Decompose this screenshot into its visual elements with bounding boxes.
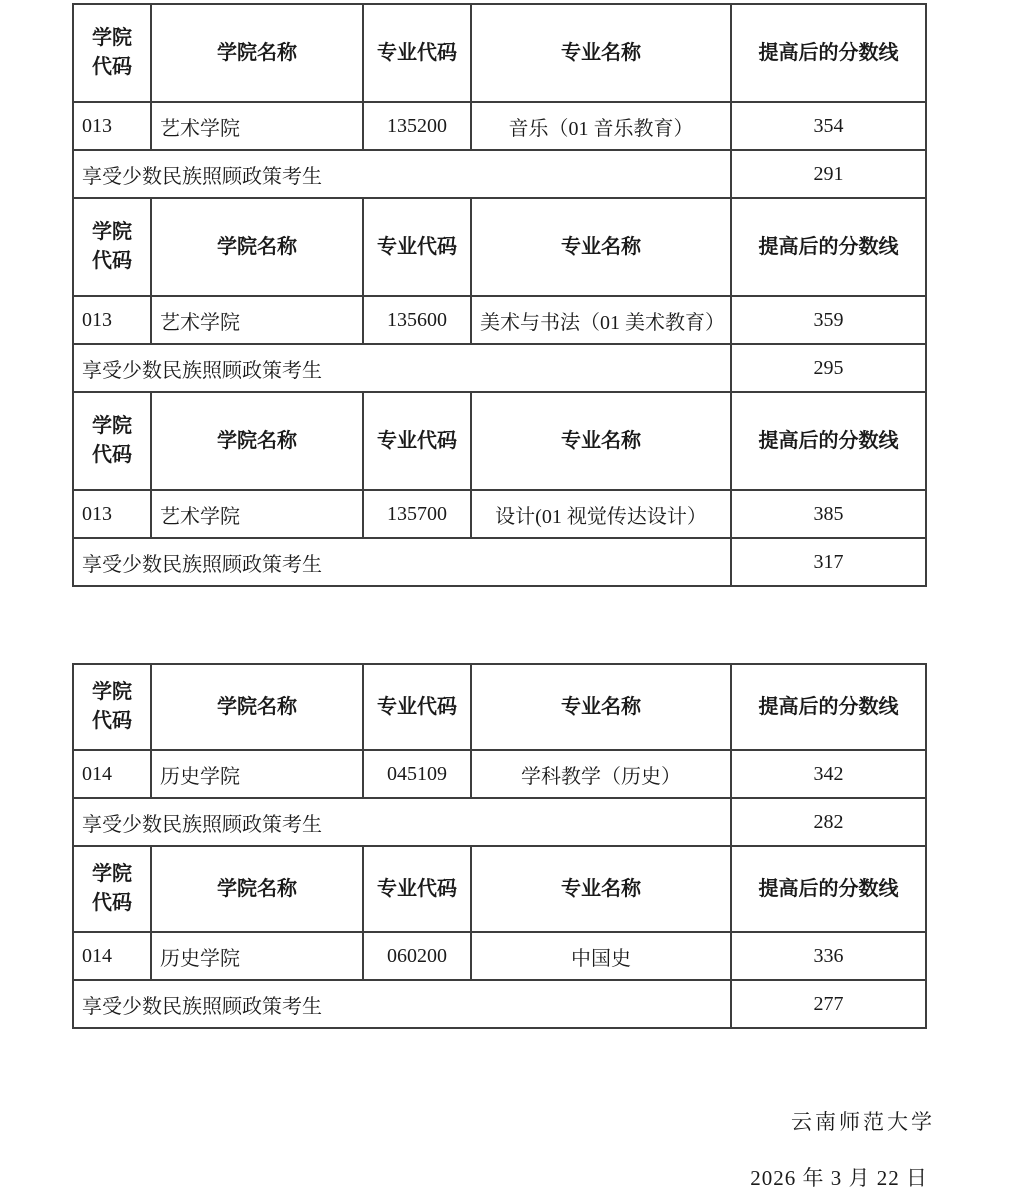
minority-policy-label: 享受少数民族照顾政策考生 bbox=[73, 980, 731, 1028]
cell-minority-score: 291 bbox=[731, 150, 926, 198]
cell-minority-score: 282 bbox=[731, 798, 926, 846]
header-college-name: 学院名称 bbox=[151, 4, 363, 102]
document-page: 学院代码 学院名称 专业代码 专业名称 提高后的分数线 013 艺术学院 135… bbox=[0, 0, 1024, 1193]
header-major-name: 专业名称 bbox=[471, 4, 731, 102]
header-college-name: 学院名称 bbox=[151, 392, 363, 490]
table-header-row: 学院代码 学院名称 专业代码 专业名称 提高后的分数线 bbox=[73, 846, 926, 932]
cell-score: 385 bbox=[731, 490, 926, 538]
cell-major-name: 设计(01 视觉传达设计） bbox=[471, 490, 731, 538]
header-college-name: 学院名称 bbox=[151, 664, 363, 750]
header-major-code: 专业代码 bbox=[363, 198, 471, 296]
header-major-name: 专业名称 bbox=[471, 198, 731, 296]
minority-policy-row: 享受少数民族照顾政策考生 317 bbox=[73, 538, 926, 586]
score-table-history: 学院代码 学院名称 专业代码 专业名称 提高后的分数线 014 历史学院 045… bbox=[72, 663, 927, 1029]
major-row: 013 艺术学院 135700 设计(01 视觉传达设计） 385 bbox=[73, 490, 926, 538]
header-major-name: 专业名称 bbox=[471, 846, 731, 932]
cell-minority-score: 317 bbox=[731, 538, 926, 586]
cell-college-code: 014 bbox=[73, 932, 151, 980]
cell-major-code: 135200 bbox=[363, 102, 471, 150]
header-major-code: 专业代码 bbox=[363, 4, 471, 102]
minority-policy-label: 享受少数民族照顾政策考生 bbox=[73, 538, 731, 586]
header-major-code: 专业代码 bbox=[363, 664, 471, 750]
cell-score: 342 bbox=[731, 750, 926, 798]
footer-date: 2026 年 3 月 22 日 bbox=[750, 1162, 928, 1192]
cell-major-code: 045109 bbox=[363, 750, 471, 798]
cell-college-code: 013 bbox=[73, 296, 151, 344]
cell-major-name: 音乐（01 音乐教育） bbox=[471, 102, 731, 150]
table-header-row: 学院代码 学院名称 专业代码 专业名称 提高后的分数线 bbox=[73, 664, 926, 750]
cell-score: 354 bbox=[731, 102, 926, 150]
header-college-code: 学院代码 bbox=[73, 4, 151, 102]
cell-college-code: 013 bbox=[73, 490, 151, 538]
header-college-code: 学院代码 bbox=[73, 846, 151, 932]
cell-college-name: 历史学院 bbox=[151, 932, 363, 980]
header-college-code: 学院代码 bbox=[73, 664, 151, 750]
header-major-code: 专业代码 bbox=[363, 392, 471, 490]
cell-major-name: 学科教学（历史） bbox=[471, 750, 731, 798]
header-major-name: 专业名称 bbox=[471, 664, 731, 750]
major-row: 013 艺术学院 135200 音乐（01 音乐教育） 354 bbox=[73, 102, 926, 150]
cell-major-code: 135600 bbox=[363, 296, 471, 344]
cell-college-name: 艺术学院 bbox=[151, 490, 363, 538]
header-college-code: 学院代码 bbox=[73, 392, 151, 490]
minority-policy-label: 享受少数民族照顾政策考生 bbox=[73, 798, 731, 846]
cell-score: 359 bbox=[731, 296, 926, 344]
cell-college-code: 014 bbox=[73, 750, 151, 798]
minority-policy-label: 享受少数民族照顾政策考生 bbox=[73, 344, 731, 392]
cell-minority-score: 277 bbox=[731, 980, 926, 1028]
header-major-code: 专业代码 bbox=[363, 846, 471, 932]
cell-major-code: 135700 bbox=[363, 490, 471, 538]
score-table-arts: 学院代码 学院名称 专业代码 专业名称 提高后的分数线 013 艺术学院 135… bbox=[72, 3, 927, 587]
minority-policy-label: 享受少数民族照顾政策考生 bbox=[73, 150, 731, 198]
cell-college-name: 艺术学院 bbox=[151, 296, 363, 344]
cell-major-name: 美术与书法（01 美术教育） bbox=[471, 296, 731, 344]
table-header-row: 学院代码 学院名称 专业代码 专业名称 提高后的分数线 bbox=[73, 4, 926, 102]
header-score-line: 提高后的分数线 bbox=[731, 198, 926, 296]
cell-minority-score: 295 bbox=[731, 344, 926, 392]
minority-policy-row: 享受少数民族照顾政策考生 295 bbox=[73, 344, 926, 392]
header-college-name: 学院名称 bbox=[151, 198, 363, 296]
header-major-name: 专业名称 bbox=[471, 392, 731, 490]
major-row: 014 历史学院 045109 学科教学（历史） 342 bbox=[73, 750, 926, 798]
header-score-line: 提高后的分数线 bbox=[731, 846, 926, 932]
major-row: 013 艺术学院 135600 美术与书法（01 美术教育） 359 bbox=[73, 296, 926, 344]
header-college-code: 学院代码 bbox=[73, 198, 151, 296]
major-row: 014 历史学院 060200 中国史 336 bbox=[73, 932, 926, 980]
minority-policy-row: 享受少数民族照顾政策考生 282 bbox=[73, 798, 926, 846]
header-score-line: 提高后的分数线 bbox=[731, 392, 926, 490]
header-score-line: 提高后的分数线 bbox=[731, 664, 926, 750]
cell-major-code: 060200 bbox=[363, 932, 471, 980]
minority-policy-row: 享受少数民族照顾政策考生 277 bbox=[73, 980, 926, 1028]
cell-college-code: 013 bbox=[73, 102, 151, 150]
header-college-name: 学院名称 bbox=[151, 846, 363, 932]
minority-policy-row: 享受少数民族照顾政策考生 291 bbox=[73, 150, 926, 198]
table-header-row: 学院代码 学院名称 专业代码 专业名称 提高后的分数线 bbox=[73, 198, 926, 296]
cell-college-name: 艺术学院 bbox=[151, 102, 363, 150]
cell-score: 336 bbox=[731, 932, 926, 980]
cell-major-name: 中国史 bbox=[471, 932, 731, 980]
footer-university-signature: 云南师范大学 bbox=[791, 1106, 935, 1136]
cell-college-name: 历史学院 bbox=[151, 750, 363, 798]
table-header-row: 学院代码 学院名称 专业代码 专业名称 提高后的分数线 bbox=[73, 392, 926, 490]
header-score-line: 提高后的分数线 bbox=[731, 4, 926, 102]
